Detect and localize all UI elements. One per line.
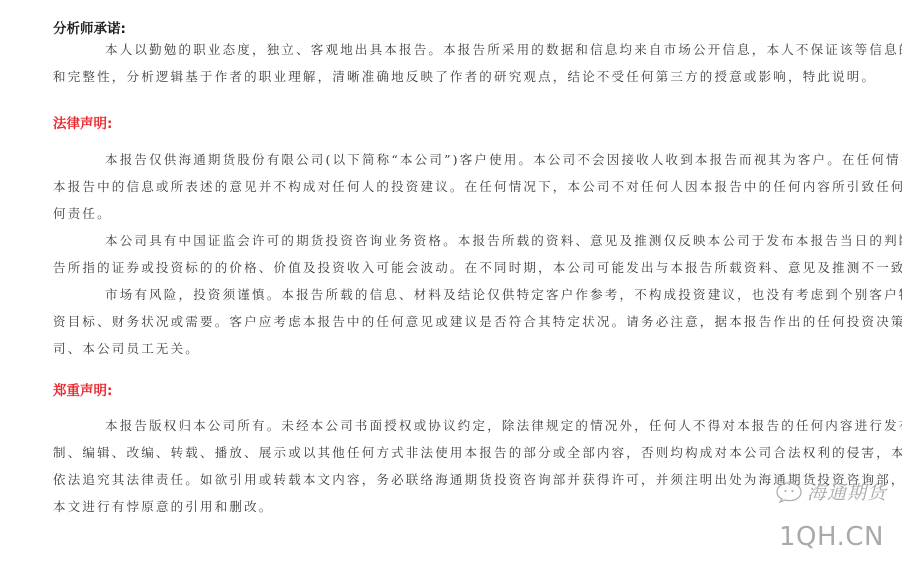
legal-statement-paragraph-3: 市场有风险，投资须谨慎。本报告所载的信息、材料及结论仅供特定客户作参考，不构成投…	[53, 281, 853, 362]
paragraph-line: 本文进行有悖原意的引用和删改。	[53, 493, 853, 520]
watermark-domain: 1QH.CN	[779, 522, 884, 552]
analyst-commitment-heading: 分析师承诺:	[53, 17, 126, 37]
paragraph-line: 司、本公司员工无关。	[53, 335, 853, 362]
disclaimer-page: 分析师承诺: 本人以勤勉的职业态度，独立、客观地出具本报告。本报告所采用的数据和…	[0, 0, 902, 575]
watermark-brand: 海通期货	[807, 478, 887, 505]
paragraph-line: 本报告版权归本公司所有。未经本公司书面授权或协议约定，除法律规定的情况外，任何人…	[53, 412, 853, 439]
paragraph-line: 本人以勤勉的职业态度，独立、客观地出具本报告。本报告所采用的数据和信息均来自市场…	[53, 36, 853, 63]
paragraph-line: 市场有风险，投资须谨慎。本报告所载的信息、材料及结论仅供特定客户作参考，不构成投…	[53, 281, 853, 308]
paragraph-line: 本报告仅供海通期货股份有限公司(以下简称“本公司”)客户使用。本公司不会因接收人…	[53, 146, 853, 173]
legal-statement-paragraph-2: 本公司具有中国证监会许可的期货投资咨询业务资格。本报告所载的资料、意见及推测仅反…	[53, 227, 853, 281]
paragraph-line: 本报告中的信息或所表述的意见并不构成对任何人的投资建议。在任何情况下，本公司不对…	[53, 173, 853, 200]
legal-statement-heading: 法律声明:	[53, 112, 112, 132]
paragraph-line: 资目标、财务状况或需要。客户应考虑本报告中的任何意见或建议是否符合其特定状况。请…	[53, 308, 853, 335]
paragraph-line: 和完整性，分析逻辑基于作者的职业理解，清晰准确地反映了作者的研究观点，结论不受任…	[53, 63, 853, 90]
analyst-commitment-paragraph: 本人以勤勉的职业态度，独立、客观地出具本报告。本报告所采用的数据和信息均来自市场…	[53, 36, 853, 90]
paragraph-line: 本公司具有中国证监会许可的期货投资咨询业务资格。本报告所载的资料、意见及推测仅反…	[53, 227, 853, 254]
wechat-chat-bubble-icon	[775, 481, 803, 503]
solemn-statement-heading: 郑重声明:	[53, 379, 112, 399]
legal-statement-paragraph-1: 本报告仅供海通期货股份有限公司(以下简称“本公司”)客户使用。本公司不会因接收人…	[53, 146, 853, 227]
paragraph-line: 制、编辑、改编、转载、播放、展示或以其他任何方式非法使用本报告的部分或全部内容，…	[53, 439, 853, 466]
watermark: 海通期货	[775, 478, 887, 505]
paragraph-line: 依法追究其法律责任。如欲引用或转载本文内容，务必联络海通期货投资咨询部并获得许可…	[53, 466, 853, 493]
paragraph-line: 告所指的证券或投资标的的价格、价值及投资收入可能会波动。在不同时期，本公司可能发…	[53, 254, 853, 281]
solemn-statement-paragraph: 本报告版权归本公司所有。未经本公司书面授权或协议约定，除法律规定的情况外，任何人…	[53, 412, 853, 520]
paragraph-line: 何责任。	[53, 200, 853, 227]
